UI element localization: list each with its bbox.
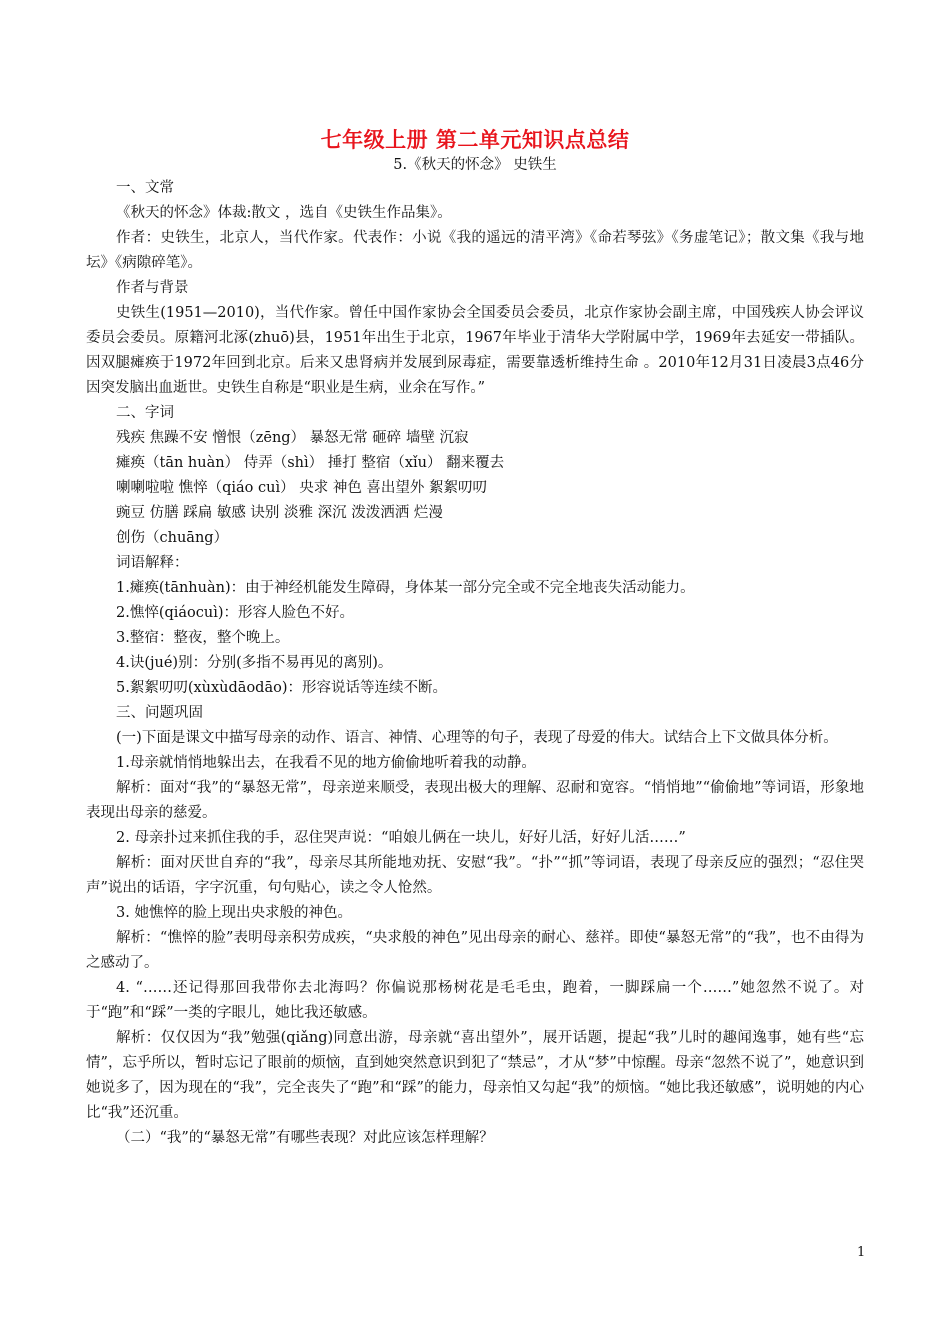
vocab-line: 瘫痪（tān huàn） 侍弄（shì） 捶打 整宿（xǐu） 翻来覆去: [86, 451, 864, 476]
analysis-paragraph: 解析：面对厌世自弃的“我”，母亲尽其所能地劝抚、安慰“我”。“扑”“抓”等词语，…: [86, 851, 864, 901]
quote-item: 2. 母亲扑过来抓住我的手，忍住哭声说：“咱娘儿俩在一块儿，好好儿活，好好儿活……: [86, 826, 864, 851]
section-heading-vocabulary: 二、字词: [86, 401, 864, 426]
quote-item: 4. “……还记得那回我带你去北海吗？你偏说那杨树花是毛毛虫，跑着，一脚踩扁一个…: [86, 976, 864, 1026]
quote-item: 3. 她憔悴的脸上现出央求般的神色。: [86, 901, 864, 926]
section-heading-literary: 一、文常: [86, 176, 864, 201]
quote-item: 1.母亲就悄悄地躲出去，在我看不见的地方偷偷地听着我的动静。: [86, 751, 864, 776]
analysis-paragraph: 解析：面对“我”的“暴怒无常”，母亲逆来顺受，表现出极大的理解、忍耐和宽容。“悄…: [86, 776, 864, 826]
question-intro: (一)下面是课文中描写母亲的动作、语言、神情、心理等的句子，表现了母爱的伟大。试…: [86, 726, 864, 751]
lesson-subtitle: 5.《秋天的怀念》 史铁生: [86, 153, 864, 174]
genre-paragraph: 《秋天的怀念》体裁:散文 ，选自《史铁生作品集》。: [86, 201, 864, 226]
explanation-item: 4.诀(jué)别：分别(多指不易再见的离别)。: [86, 651, 864, 676]
background-paragraph: 史铁生(1951—2010)，当代作家。曾任中国作家协会全国委员会委员，北京作家…: [86, 301, 864, 401]
analysis-paragraph: 解析：“憔悴的脸”表明母亲积劳成疾，“央求般的神色”见出母亲的耐心、慈祥。即使“…: [86, 926, 864, 976]
explanation-item: 5.絮絮叨叨(xùxùdāodāo)：形容说话等连续不断。: [86, 676, 864, 701]
author-paragraph: 作者：史铁生，北京人，当代作家。代表作：小说《我的遥远的清平湾》《命若琴弦》《务…: [86, 226, 864, 276]
explanation-heading: 词语解释：: [86, 551, 864, 576]
vocab-line: 喇喇啦啦 憔悴（qiáo cuì） 央求 神色 喜出望外 絮絮叨叨: [86, 476, 864, 501]
vocab-line: 创伤（chuāng）: [86, 526, 864, 551]
question-two: （二）“我”的“暴怒无常”有哪些表现？对此应该怎样理解？: [86, 1126, 864, 1151]
section-heading-questions: 三、问题巩固: [86, 701, 864, 726]
page-number: 1: [857, 1245, 865, 1260]
analysis-paragraph: 解析：仅仅因为“我”勉强(qiǎng)同意出游，母亲就“喜出望外”，展开话题，提…: [86, 1026, 864, 1126]
vocab-line: 豌豆 仿膳 踩扁 敏感 诀别 淡雅 深沉 泼泼洒洒 烂漫: [86, 501, 864, 526]
explanation-item: 1.瘫痪(tānhuàn)：由于神经机能发生障碍，身体某一部分完全或不完全地丧失…: [86, 576, 864, 601]
vocab-line: 残疾 焦躁不安 憎恨（zēng） 暴怒无常 砸碎 墙壁 沉寂: [86, 426, 864, 451]
background-heading: 作者与背景: [86, 276, 864, 301]
page-title: 七年级上册 第二单元知识点总结: [86, 124, 864, 154]
document-body: 一、文常 《秋天的怀念》体裁:散文 ，选自《史铁生作品集》。 作者：史铁生，北京…: [86, 176, 864, 1151]
explanation-item: 2.憔悴(qiáocuì)：形容人脸色不好。: [86, 601, 864, 626]
explanation-item: 3.整宿：整夜，整个晚上。: [86, 626, 864, 651]
